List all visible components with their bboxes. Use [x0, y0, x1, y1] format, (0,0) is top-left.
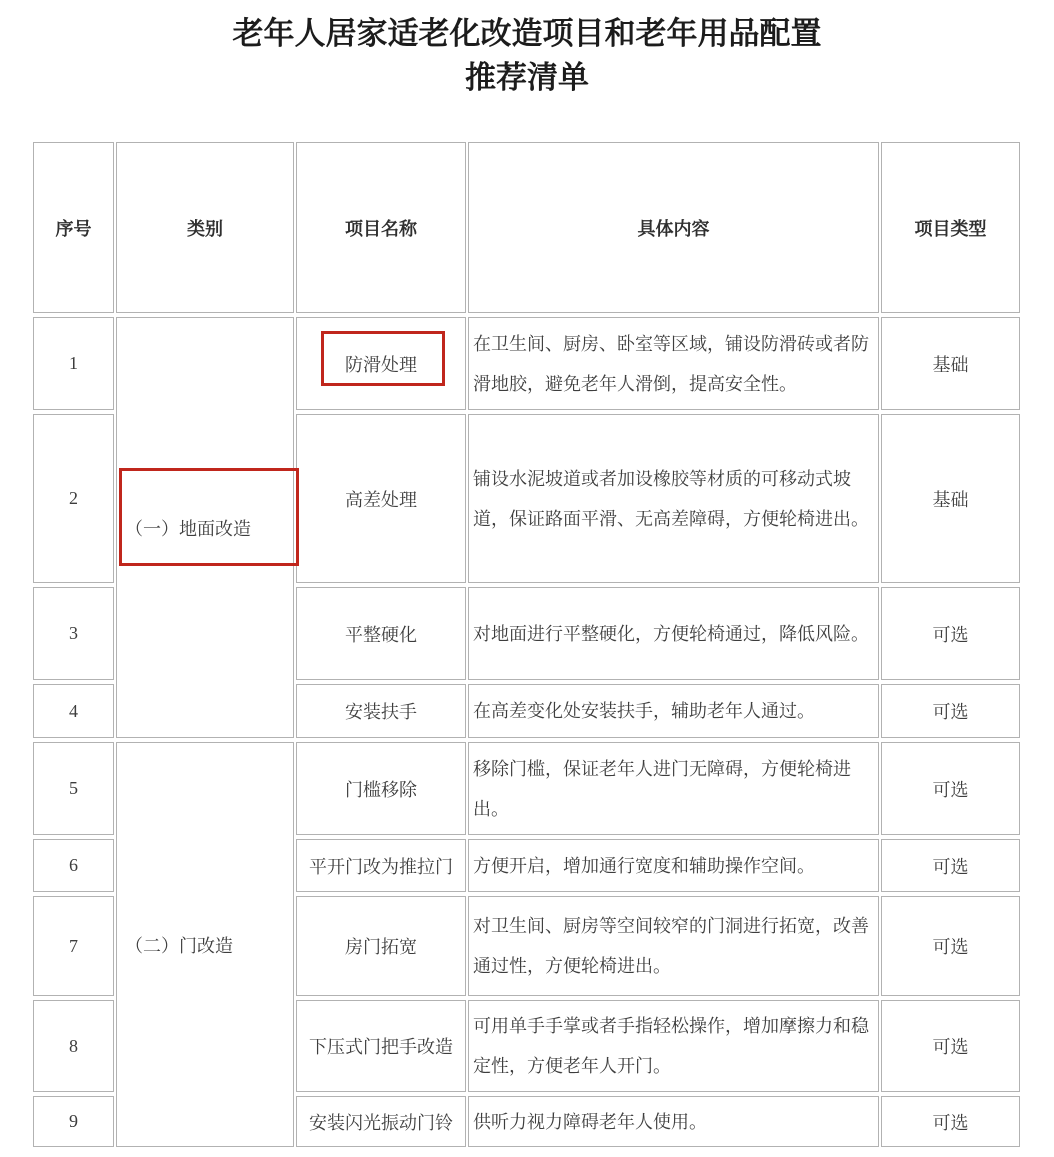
header-category: 类别 — [116, 142, 294, 313]
cell-project-name: 安装扶手 — [296, 684, 466, 738]
table-row: 1 （一）地面改造 防滑处理 在卫生间、厨房、卧室等区域，铺设防滑砖或者防滑地胶… — [33, 317, 1020, 410]
cell-project-name: 防滑处理 — [296, 317, 466, 410]
cell-details: 方便开启，增加通行宽度和辅助操作空间。 — [468, 839, 879, 892]
page-title-line-2: 推荐清单 — [0, 56, 1054, 100]
cell-project-type: 可选 — [881, 1096, 1020, 1147]
cell-serial-number: 3 — [33, 587, 114, 680]
cell-details: 供听力视力障碍老年人使用。 — [468, 1096, 879, 1147]
header-project-name: 项目名称 — [296, 142, 466, 313]
cell-project-name: 门槛移除 — [296, 742, 466, 835]
cell-details: 在高差变化处安装扶手，辅助老年人通过。 — [468, 684, 879, 738]
cell-serial-number: 7 — [33, 896, 114, 996]
cell-project-name: 安装闪光振动门铃 — [296, 1096, 466, 1147]
page-title-line-1: 老年人居家适老化改造项目和老年用品配置 — [0, 12, 1054, 56]
header-project-type: 项目类型 — [881, 142, 1020, 313]
cell-category-door-renovation: （二）门改造 — [116, 742, 294, 1147]
cell-serial-number: 6 — [33, 839, 114, 892]
cell-project-type: 可选 — [881, 742, 1020, 835]
cell-project-type: 可选 — [881, 1000, 1020, 1092]
cell-project-type: 可选 — [881, 839, 1020, 892]
cell-category-floor-renovation: （一）地面改造 — [116, 317, 294, 738]
cell-details: 移除门槛，保证老年人进门无障碍，方便轮椅进出。 — [468, 742, 879, 835]
cell-serial-number: 5 — [33, 742, 114, 835]
cell-serial-number: 8 — [33, 1000, 114, 1092]
cell-serial-number: 9 — [33, 1096, 114, 1147]
cell-serial-number: 1 — [33, 317, 114, 410]
cell-project-name: 房门拓宽 — [296, 896, 466, 996]
page-title: 老年人居家适老化改造项目和老年用品配置 推荐清单 — [0, 12, 1054, 100]
cell-project-type: 可选 — [881, 587, 1020, 680]
table-row: 5 （二）门改造 门槛移除 移除门槛，保证老年人进门无障碍，方便轮椅进出。 可选 — [33, 742, 1020, 835]
cell-project-name: 平整硬化 — [296, 587, 466, 680]
cell-project-name: 下压式门把手改造 — [296, 1000, 466, 1092]
cell-project-name: 平开门改为推拉门 — [296, 839, 466, 892]
table-header-row: 序号 类别 项目名称 具体内容 项目类型 — [33, 142, 1020, 313]
cell-project-type: 基础 — [881, 414, 1020, 583]
cell-details: 可用单手手掌或者手指轻松操作，增加摩擦力和稳定性，方便老年人开门。 — [468, 1000, 879, 1092]
cell-details: 在卫生间、厨房、卧室等区域，铺设防滑砖或者防滑地胶，避免老年人滑倒，提高安全性。 — [468, 317, 879, 410]
cell-project-type: 基础 — [881, 317, 1020, 410]
header-serial-number: 序号 — [33, 142, 114, 313]
document-page: 老年人居家适老化改造项目和老年用品配置 推荐清单 序号 类别 项目名称 具体内容… — [0, 0, 1054, 1157]
cell-serial-number: 4 — [33, 684, 114, 738]
cell-project-type: 可选 — [881, 896, 1020, 996]
cell-details: 对卫生间、厨房等空间较窄的门洞进行拓宽，改善通过性，方便轮椅进出。 — [468, 896, 879, 996]
cell-project-name: 高差处理 — [296, 414, 466, 583]
cell-details: 铺设水泥坡道或者加设橡胶等材质的可移动式坡道，保证路面平滑、无高差障碍，方便轮椅… — [468, 414, 879, 583]
cell-details: 对地面进行平整硬化，方便轮椅通过，降低风险。 — [468, 587, 879, 680]
header-details: 具体内容 — [468, 142, 879, 313]
cell-project-type: 可选 — [881, 684, 1020, 738]
cell-serial-number: 2 — [33, 414, 114, 583]
recommendation-table: 序号 类别 项目名称 具体内容 项目类型 1 （一）地面改造 防滑处理 在卫生间… — [31, 138, 1022, 1151]
